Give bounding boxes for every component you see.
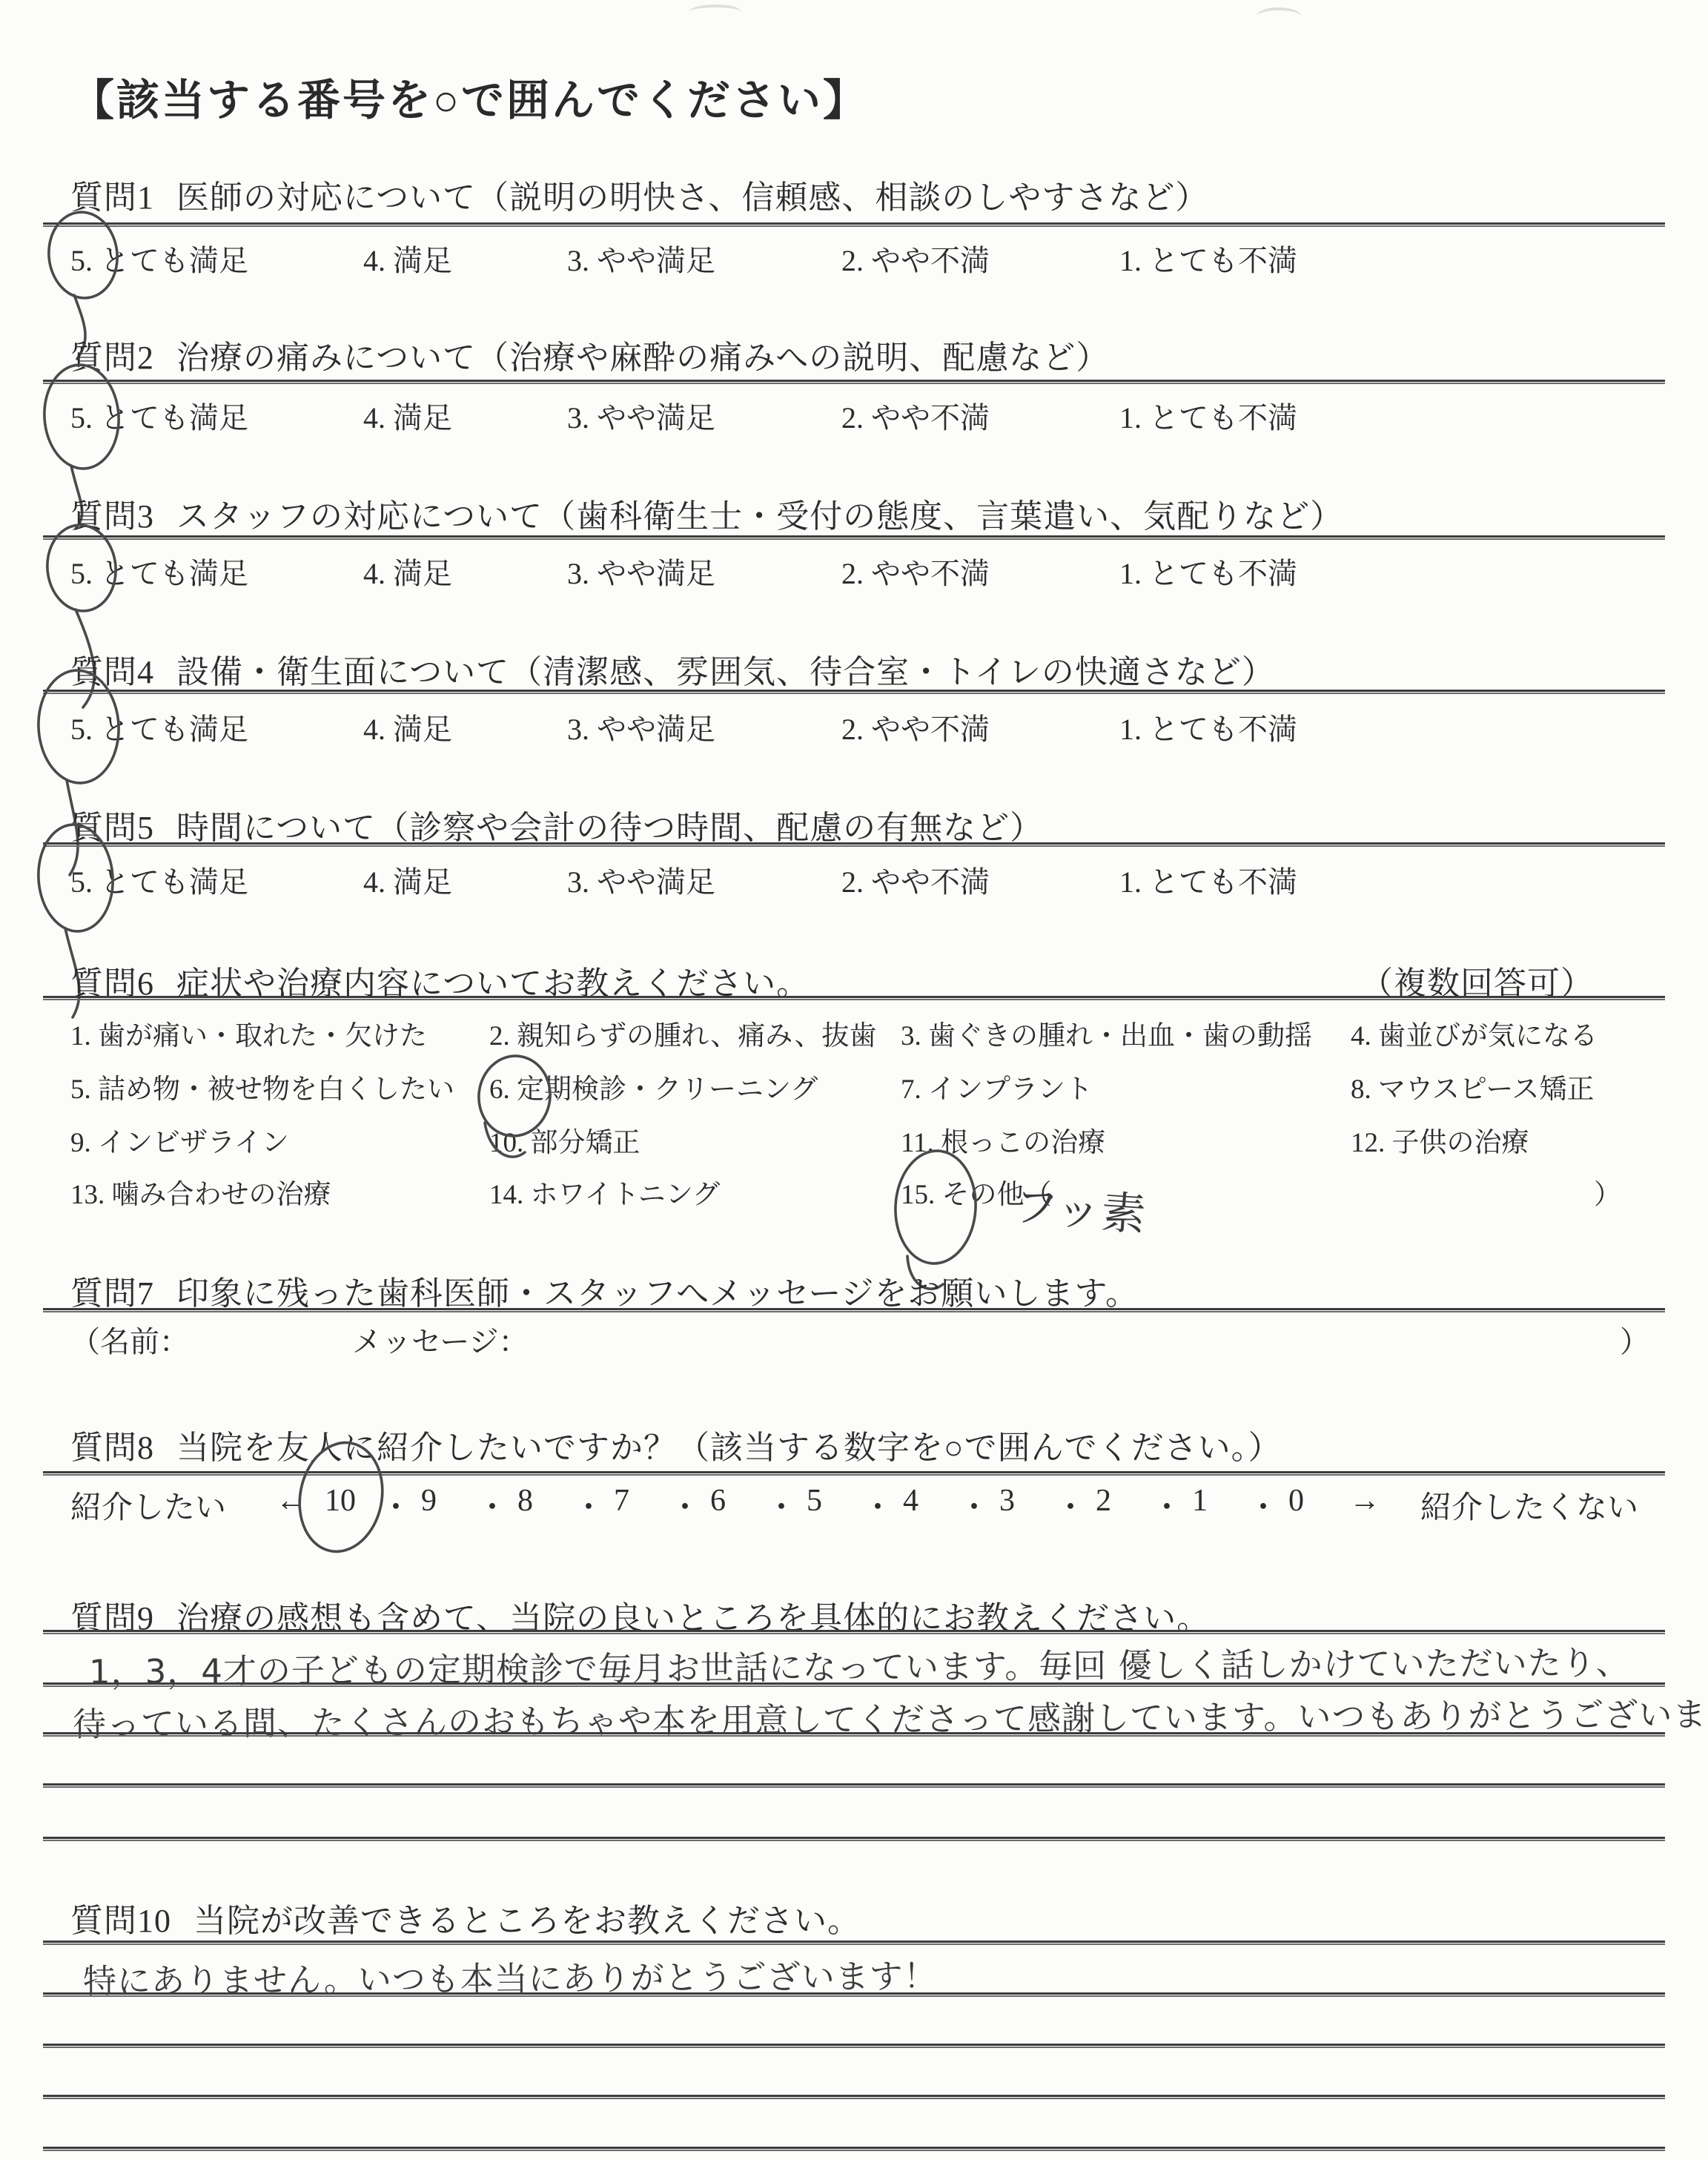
q4-option-1: 1. とても不満 — [1119, 706, 1297, 748]
q1-label: 質問1 — [70, 179, 154, 216]
q8-number-8: 8 — [517, 1483, 533, 1519]
q8-dot-icon: ・ — [380, 1483, 411, 1527]
q10-answer-rule-3 — [43, 2095, 1665, 2099]
q8-number-6: 6 — [710, 1483, 726, 1519]
q7-title: 印象に残った歯科医師・スタッフへメッセージをお願いします。 — [176, 1275, 1139, 1312]
q8-left-label: 紹介したい — [70, 1483, 226, 1527]
q4-hand-circle — [21, 661, 162, 884]
q5-option-4: 4. 満足 — [363, 859, 452, 901]
q2-option-2: 2. やや不満 — [841, 394, 990, 437]
q6-option-6: 6. 定期検診・クリーニング — [489, 1066, 818, 1106]
q8-header: 質問8当院を友人に紹介したいですか？（該当する数字を○で囲んでください。） — [70, 1421, 1282, 1468]
q8-dot-icon: ・ — [862, 1483, 893, 1527]
q5-divider — [43, 842, 1665, 847]
q4-title: 設備・衛生面について（清潔感、雰囲気、待合室・トイレの快適さなど） — [176, 654, 1275, 690]
q9-answer-rule-2 — [43, 1732, 1665, 1737]
q6-other-handwritten-answer: フッ素 — [1012, 1171, 1148, 1244]
q8-right-arrow-icon: → — [1349, 1483, 1380, 1519]
q8-number-2: 2 — [1096, 1483, 1111, 1519]
q7-label: 質問7 — [70, 1275, 154, 1312]
q8-dot-icon: ・ — [477, 1483, 508, 1527]
q6-option-2: 2. 親知らずの腫れ、痛み、抜歯 — [489, 1013, 876, 1053]
q4-header: 質問4設備・衛生面について（清潔感、雰囲気、待合室・トイレの快適さなど） — [70, 645, 1275, 693]
scan-artifact — [689, 4, 741, 19]
q8-number-3: 3 — [999, 1483, 1015, 1519]
q5-label: 質問5 — [70, 810, 154, 846]
q2-option-4: 4. 満足 — [363, 394, 452, 437]
q1-option-5: 5. とても満足 — [70, 237, 248, 280]
q6-option-9: 9. インビザライン — [70, 1120, 289, 1160]
q4-option-3: 3. やや満足 — [567, 706, 715, 748]
q8-number-5: 5 — [807, 1483, 822, 1519]
q3-title: スタッフの対応について（歯科衛生士・受付の態度、言葉遣い、気配りなど） — [176, 498, 1343, 535]
q6-option-11: 11. 根っこの治療 — [901, 1120, 1105, 1160]
q8-number-0: 0 — [1288, 1483, 1304, 1519]
q5-title: 時間について（診察や会計の待つ時間、配慮の有無など） — [176, 810, 1043, 846]
q3-option-3: 3. やや満足 — [567, 550, 715, 592]
q8-left-arrow-icon: ← — [276, 1483, 307, 1519]
q7-message-label: メッセージ： — [352, 1318, 529, 1361]
q6-option-8: 8. マウスピース矯正 — [1351, 1066, 1595, 1106]
q2-option-5: 5. とても満足 — [70, 394, 248, 437]
q2-label: 質問2 — [70, 340, 154, 376]
q8-number-1: 1 — [1192, 1483, 1208, 1519]
q10-divider — [43, 1941, 1665, 1945]
q6-option-1: 1. 歯が痛い・取れた・欠けた — [70, 1013, 427, 1053]
q6-option-13: 13. 噛み合わせの治療 — [70, 1172, 331, 1212]
q9-divider — [43, 1630, 1665, 1634]
q6-option-4: 4. 歯並びが気になる — [1351, 1013, 1598, 1053]
q9-answer-line-2: 待っている間、たくさんのおもちゃや本を用意してくださって感謝しています。いつもあ… — [73, 1687, 1708, 1745]
q5-option-2: 2. やや不満 — [841, 859, 990, 901]
q8-label: 質問8 — [70, 1430, 154, 1466]
q10-answer-rule-1 — [43, 1992, 1665, 1997]
q7-divider — [43, 1308, 1665, 1312]
q4-option-5: 5. とても満足 — [70, 706, 248, 748]
q3-label: 質問3 — [70, 498, 154, 535]
q6-option-3: 3. 歯ぐきの腫れ・出血・歯の動揺 — [901, 1013, 1312, 1053]
q4-option-4: 4. 満足 — [363, 706, 452, 748]
q6-other-close-paren: ） — [1594, 1172, 1621, 1212]
q8-dot-icon: ・ — [1248, 1483, 1279, 1527]
q8-number-9: 9 — [421, 1483, 437, 1519]
q5-option-3: 3. やや満足 — [567, 859, 715, 901]
q8-dot-icon: ・ — [959, 1483, 990, 1527]
scanned-survey-page: 【該当する番号を○で囲んでください】 質問1医師の対応について（説明の明快さ、信… — [0, 0, 1708, 2160]
q5-header: 質問5時間について（診察や会計の待つ時間、配慮の有無など） — [70, 801, 1043, 848]
q7-close-paren: ） — [1620, 1318, 1649, 1361]
q7-name-label: （名前： — [70, 1318, 189, 1361]
scan-artifact — [1257, 7, 1301, 25]
q4-label: 質問4 — [70, 654, 154, 690]
q3-option-5: 5. とても満足 — [70, 550, 248, 592]
q8-dot-icon: ・ — [1055, 1483, 1086, 1527]
q4-option-2: 2. やや不満 — [841, 706, 990, 748]
q8-dot-icon: ・ — [669, 1483, 701, 1527]
q2-option-3: 3. やや満足 — [567, 394, 715, 437]
q4-divider — [43, 690, 1665, 694]
q9-answer-rule-4 — [43, 1837, 1665, 1841]
q6-divider — [43, 996, 1665, 1000]
q9-answer-rule-1 — [43, 1682, 1665, 1687]
q2-title: 治療の痛みについて（治療や麻酔の痛みへの説明、配慮など） — [176, 340, 1109, 376]
q10-label: 質問10 — [70, 1903, 171, 1939]
q10-answer-rule-4 — [43, 2147, 1665, 2151]
q8-title: 当院を友人に紹介したいですか？（該当する数字を○で囲んでください。） — [176, 1430, 1282, 1466]
q5-option-5: 5. とても満足 — [70, 859, 248, 901]
form-title: 【該当する番号を○で囲んでください】 — [71, 65, 868, 128]
q10-answer-rule-2 — [43, 2044, 1665, 2048]
q3-option-1: 1. とても不満 — [1119, 550, 1297, 592]
q1-option-4: 4. 満足 — [363, 237, 452, 280]
q10-header: 質問10当院が改善できるところをお教えください。 — [70, 1894, 861, 1941]
q3-header: 質問3スタッフの対応について（歯科衛生士・受付の態度、言葉遣い、気配りなど） — [70, 489, 1343, 537]
q8-dot-icon: ・ — [573, 1483, 604, 1527]
q10-title: 当院が改善できるところをお教えください。 — [193, 1903, 861, 1939]
q3-option-2: 2. やや不満 — [841, 550, 990, 592]
q6-option-12: 12. 子供の治療 — [1351, 1120, 1529, 1160]
q8-right-label: 紹介したくない — [1420, 1483, 1638, 1527]
q1-option-3: 3. やや満足 — [567, 237, 715, 280]
q2-option-1: 1. とても不満 — [1119, 394, 1297, 437]
q9-answer-rule-3 — [43, 1783, 1665, 1788]
q1-option-1: 1. とても不満 — [1119, 237, 1297, 280]
q6-option-7: 7. インプラント — [901, 1066, 1093, 1106]
q7-header: 質問7印象に残った歯科医師・スタッフへメッセージをお願いします。 — [70, 1266, 1139, 1314]
q8-number-10: 10 — [325, 1483, 356, 1519]
q2-divider — [43, 380, 1665, 384]
q5-option-1: 1. とても不満 — [1119, 859, 1297, 901]
q6-option-5: 5. 詰め物・被せ物を白くしたい — [70, 1066, 454, 1106]
q8-number-4: 4 — [903, 1483, 918, 1519]
q3-option-4: 4. 満足 — [363, 550, 452, 592]
q6-option-10: 10. 部分矯正 — [489, 1120, 640, 1160]
q8-dot-icon: ・ — [1151, 1483, 1182, 1527]
q6-option-14: 14. ホワイトニング — [489, 1172, 720, 1212]
q8-divider — [43, 1471, 1665, 1476]
q2-header: 質問2治療の痛みについて（治療や麻酔の痛みへの説明、配慮など） — [70, 331, 1109, 378]
q8-dot-icon: ・ — [766, 1483, 797, 1527]
q8-number-7: 7 — [614, 1483, 629, 1519]
q3-divider — [43, 535, 1665, 540]
q1-option-2: 2. やや不満 — [841, 237, 990, 280]
q1-header: 質問1医師の対応について（説明の明快さ、信頼感、相談のしやすさなど） — [70, 171, 1208, 218]
q1-divider — [43, 222, 1665, 227]
q1-title: 医師の対応について（説明の明快さ、信頼感、相談のしやすさなど） — [176, 179, 1208, 216]
